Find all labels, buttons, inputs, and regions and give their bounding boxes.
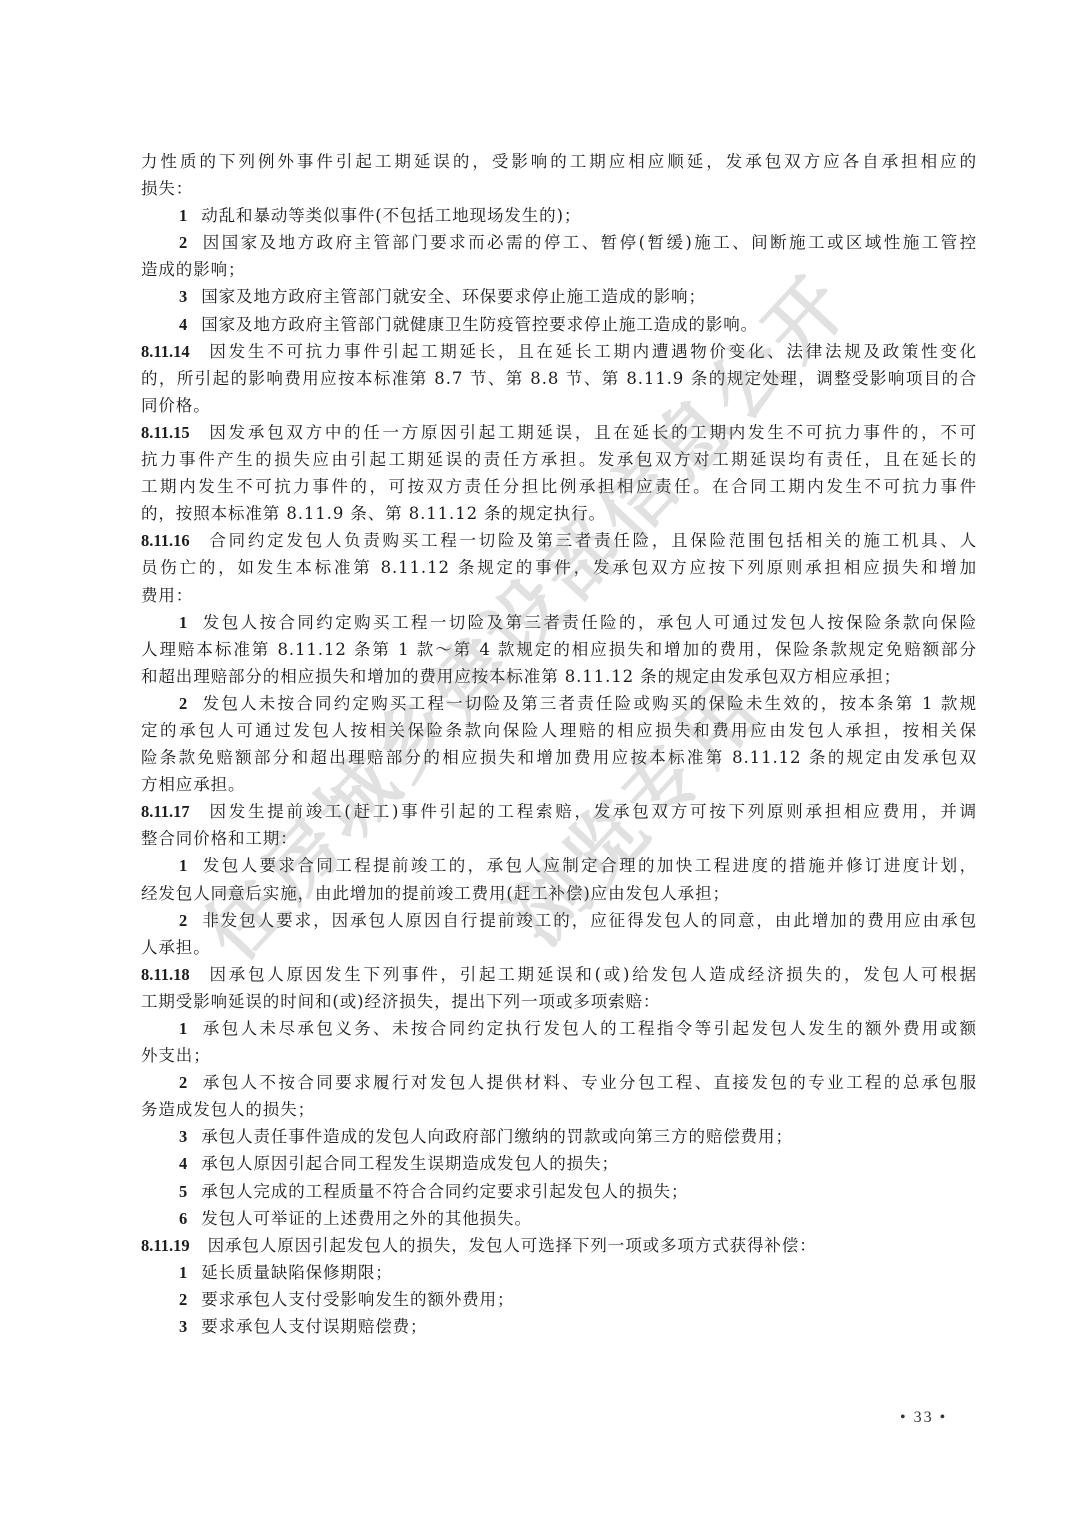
page-number: • 33 • (900, 1409, 947, 1427)
line-text: 因发生提前竣工(赶工)事件引起的工程索赔，发承包双方可按下列原则承担相应费用，并… (208, 802, 977, 821)
text-line: 定的承包人可通过发包人按相关保险条款向保险人理赔的相应损失和费用应由发包人承担，… (141, 717, 977, 744)
line-text: 承包人完成的工程质量不符合合同约定要求引起发包人的损失； (201, 1182, 688, 1201)
item-number: 1 (179, 206, 187, 225)
line-text: 的，所引起的影响费用应按本标准第 8.7 节、第 8.8 节、第 8.11.9 … (141, 369, 977, 388)
item-number: 2 (179, 694, 187, 713)
line-text: 定的承包人可通过发包人按相关保险条款向保险人理赔的相应损失和费用应由发包人承担，… (141, 721, 977, 740)
text-line: 的，按照本标准第 8.11.9 条、第 8.11.12 条的规定执行。 (141, 500, 977, 527)
line-text: 发包人未按合同约定购买工程一切险及第三者责任险或购买的保险未生效的，按本条第 1… (201, 694, 977, 713)
list-item-line: 3要求承包人支付误期赔偿费； (141, 1313, 977, 1340)
text-line: 方相应承担。 (141, 771, 977, 798)
text-line: 整合同价格和工期： (141, 825, 977, 852)
line-text: 国家及地方政府主管部门就健康卫生防疫管控要求停止施工造成的影响。 (201, 315, 758, 334)
item-number: 4 (179, 1154, 187, 1173)
item-number: 5 (179, 1182, 187, 1201)
line-text: 整合同价格和工期： (141, 829, 298, 848)
clause-number: 8.11.14 (141, 342, 190, 361)
text-line: 力性质的下列例外事件引起工期延误的，受影响的工期应相应顺延，发承包双方应各自承担… (141, 148, 977, 175)
text-line: 经发包人同意后实施，由此增加的提前竣工费用(赶工补偿)应由发包人承担； (141, 880, 977, 907)
item-number: 3 (179, 287, 187, 306)
clause-line: 8.11.17因发生提前竣工(赶工)事件引起的工程索赔，发承包双方可按下列原则承… (141, 798, 977, 825)
line-text: 因承包人原因引起发包人的损失，发包人可选择下列一项或多项方式获得补偿： (208, 1236, 817, 1255)
line-text: 力性质的下列例外事件引起工期延误的，受影响的工期应相应顺延，发承包双方应各自承担… (141, 152, 977, 171)
line-text: 承包人未尽承包义务、未按合同约定执行发包人的工程指令等引起发包人发生的额外费用或… (201, 1019, 977, 1038)
line-text: 要求承包人支付误期赔偿费； (201, 1317, 427, 1336)
line-text: 员伤亡的，如发生本标准第 8.11.12 条规定的事件，发承包双方应按下列原则承… (141, 558, 977, 577)
clause-line: 8.11.15因发承包双方中的任一方原因引起工期延误，且在延长的工期内发生不可抗… (141, 419, 977, 446)
list-item-line: 4承包人原因引起合同工程发生误期造成发包人的损失； (141, 1150, 977, 1177)
line-text: 要求承包人支付受影响发生的额外费用； (201, 1290, 514, 1309)
line-text: 动乱和暴动等类似事件(不包括工地现场发生的)； (201, 206, 581, 225)
line-text: 因发承包双方中的任一方原因引起工期延误，且在延长的工期内发生不可抗力事件的，不可 (208, 423, 977, 442)
line-text: 工期内发生不可抗力事件的，可按双方责任分担比例承担相应责任。在合同工期内发生不可… (141, 477, 977, 496)
line-text: 因国家及地方政府主管部门要求而必需的停工、暂停(暂缓)施工、间断施工或区域性施工… (201, 233, 977, 252)
list-item-line: 1发包人按合同约定购买工程一切险及第三者责任险的，承包人可通过发包人按保险条款向… (141, 609, 977, 636)
text-line: 同价格。 (141, 392, 977, 419)
item-number: 2 (179, 1290, 187, 1309)
line-text: 发包人按合同约定购买工程一切险及第三者责任险的，承包人可通过发包人按保险条款向保… (201, 613, 977, 632)
list-item-line: 2承包人不按合同要求履行对发包人提供材料、专业分包工程、直接发包的专业工程的总承… (141, 1069, 977, 1096)
line-text: 造成的影响； (141, 260, 245, 279)
list-item-line: 4国家及地方政府主管部门就健康卫生防疫管控要求停止施工造成的影响。 (141, 311, 977, 338)
line-text: 人承担。 (141, 938, 211, 957)
line-text: 损失： (141, 179, 193, 198)
clause-line: 8.11.16合同约定发包人负责购买工程一切险及第三者责任险，且保险范围包括相关… (141, 527, 977, 554)
text-line: 费用： (141, 582, 977, 609)
item-number: 2 (179, 911, 187, 930)
text-line: 工期受影响延误的时间和(或)经济损失，提出下列一项或多项索赔： (141, 988, 977, 1015)
line-text: 的，按照本标准第 8.11.9 条、第 8.11.12 条的规定执行。 (141, 504, 606, 523)
list-item-line: 2因国家及地方政府主管部门要求而必需的停工、暂停(暂缓)施工、间断施工或区域性施… (141, 229, 977, 256)
clause-number: 8.11.19 (141, 1236, 190, 1255)
list-item-line: 1承包人未尽承包义务、未按合同约定执行发包人的工程指令等引起发包人发生的额外费用… (141, 1015, 977, 1042)
line-text: 同价格。 (141, 396, 211, 415)
list-item-line: 2要求承包人支付受影响发生的额外费用； (141, 1286, 977, 1313)
line-text: 务造成发包人的损失； (141, 1100, 315, 1119)
text-line: 员伤亡的，如发生本标准第 8.11.12 条规定的事件，发承包双方应按下列原则承… (141, 554, 977, 581)
clause-number: 8.11.17 (141, 802, 190, 821)
clause-line: 8.11.18因承包人原因发生下列事件，引起工期延误和(或)给发包人造成经济损失… (141, 961, 977, 988)
list-item-line: 1延长质量缺陷保修期限； (141, 1259, 977, 1286)
line-text: 国家及地方政府主管部门就安全、环保要求停止施工造成的影响； (201, 287, 706, 306)
line-text: 非发包人要求，因承包人原因自行提前竣工的，应征得发包人的同意，由此增加的费用应由… (201, 911, 977, 930)
line-text: 发包人可举证的上述费用之外的其他损失。 (201, 1209, 532, 1228)
list-item-line: 5承包人完成的工程质量不符合合同约定要求引起发包人的损失； (141, 1178, 977, 1205)
text-line: 和超出理赔部分的相应损失和增加的费用应按本标准第 8.11.12 条的规定由发承… (141, 663, 977, 690)
line-text: 抗力事件产生的损失应由引起工期延误的责任方承担。发承包双方对工期延误均有责任，且… (141, 450, 977, 469)
clause-number: 8.11.16 (141, 531, 190, 550)
list-item-line: 2非发包人要求，因承包人原因自行提前竣工的，应征得发包人的同意，由此增加的费用应… (141, 907, 977, 934)
item-number: 2 (179, 233, 187, 252)
list-item-line: 6发包人可举证的上述费用之外的其他损失。 (141, 1205, 977, 1232)
item-number: 1 (179, 856, 187, 875)
item-number: 6 (179, 1209, 187, 1228)
line-text: 承包人责任事件造成的发包人向政府部门缴纳的罚款或向第三方的赔偿费用； (201, 1127, 793, 1146)
text-line: 造成的影响； (141, 256, 977, 283)
line-text: 因发生不可抗力事件引起工期延长，且在延长工期内遭遇物价变化、法律法规及政策性变化 (208, 342, 977, 361)
text-line: 损失： (141, 175, 977, 202)
item-number: 1 (179, 613, 187, 632)
item-number: 3 (179, 1317, 187, 1336)
list-item-line: 2发包人未按合同约定购买工程一切险及第三者责任险或购买的保险未生效的，按本条第 … (141, 690, 977, 717)
text-line: 的，所引起的影响费用应按本标准第 8.7 节、第 8.8 节、第 8.11.9 … (141, 365, 977, 392)
line-text: 方相应承担。 (141, 775, 245, 794)
list-item-line: 3国家及地方政府主管部门就安全、环保要求停止施工造成的影响； (141, 283, 977, 310)
item-number: 1 (179, 1263, 187, 1282)
line-text: 发包人要求合同工程提前竣工的，承包人应制定合理的加快工程进度的措施并修订进度计划… (201, 856, 977, 875)
line-text: 费用： (141, 586, 193, 605)
line-text: 合同约定发包人负责购买工程一切险及第三者责任险，且保险范围包括相关的施工机具、人 (208, 531, 977, 550)
text-line: 人理赔本标准第 8.11.12 条第 1 款～第 4 款规定的相应损失和增加的费… (141, 636, 977, 663)
line-text: 经发包人同意后实施，由此增加的提前竣工费用(赶工补偿)应由发包人承担； (141, 884, 730, 903)
line-text: 人理赔本标准第 8.11.12 条第 1 款～第 4 款规定的相应损失和增加的费… (141, 640, 977, 659)
text-line: 务造成发包人的损失； (141, 1096, 977, 1123)
list-item-line: 1动乱和暴动等类似事件(不包括工地现场发生的)； (141, 202, 977, 229)
line-text: 险条款免赔额部分和超出理赔部分的相应损失和增加费用应按本标准第 8.11.12 … (141, 748, 977, 767)
document-body: 力性质的下列例外事件引起工期延误的，受影响的工期应相应顺延，发承包双方应各自承担… (141, 148, 977, 1340)
line-text: 延长质量缺陷保修期限； (201, 1263, 392, 1282)
list-item-line: 1发包人要求合同工程提前竣工的，承包人应制定合理的加快工程进度的措施并修订进度计… (141, 852, 977, 879)
line-text: 承包人原因引起合同工程发生误期造成发包人的损失； (201, 1154, 619, 1173)
text-line: 抗力事件产生的损失应由引起工期延误的责任方承担。发承包双方对工期延误均有责任，且… (141, 446, 977, 473)
clause-number: 8.11.18 (141, 965, 190, 984)
clause-line: 8.11.14因发生不可抗力事件引起工期延长，且在延长工期内遭遇物价变化、法律法… (141, 338, 977, 365)
text-line: 外支出； (141, 1042, 977, 1069)
list-item-line: 3承包人责任事件造成的发包人向政府部门缴纳的罚款或向第三方的赔偿费用； (141, 1123, 977, 1150)
clause-number: 8.11.15 (141, 423, 190, 442)
text-line: 工期内发生不可抗力事件的，可按双方责任分担比例承担相应责任。在合同工期内发生不可… (141, 473, 977, 500)
line-text: 和超出理赔部分的相应损失和增加的费用应按本标准第 8.11.12 条的规定由发承… (141, 667, 901, 686)
item-number: 1 (179, 1019, 187, 1038)
line-text: 因承包人原因发生下列事件，引起工期延误和(或)给发包人造成经济损失的，发包人可根… (208, 965, 977, 984)
line-text: 承包人不按合同要求履行对发包人提供材料、专业分包工程、直接发包的专业工程的总承包… (201, 1073, 977, 1092)
line-text: 外支出； (141, 1046, 211, 1065)
text-line: 险条款免赔额部分和超出理赔部分的相应损失和增加费用应按本标准第 8.11.12 … (141, 744, 977, 771)
clause-line: 8.11.19因承包人原因引起发包人的损失，发包人可选择下列一项或多项方式获得补… (141, 1232, 977, 1259)
item-number: 2 (179, 1073, 187, 1092)
item-number: 4 (179, 315, 187, 334)
line-text: 工期受影响延误的时间和(或)经济损失，提出下列一项或多项索赔： (141, 992, 660, 1011)
text-line: 人承担。 (141, 934, 977, 961)
item-number: 3 (179, 1127, 187, 1146)
